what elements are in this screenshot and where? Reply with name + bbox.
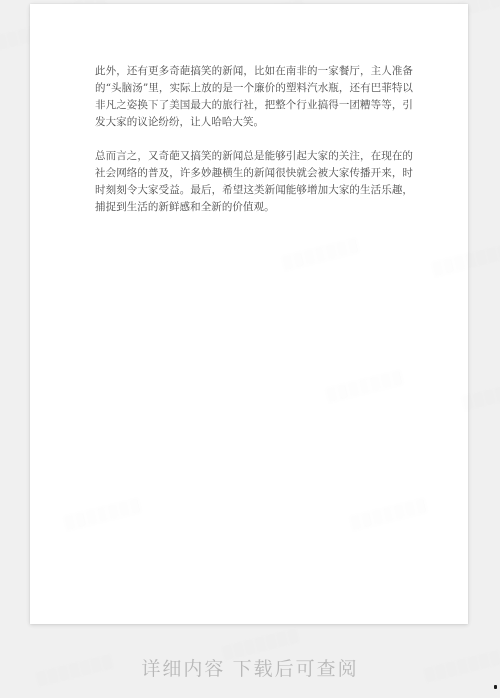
paragraph: 总而言之，又奇葩又搞笑的新闻总是能够引起大家的关注，在现在的社会网络的普及，许多… [95,148,413,216]
document-page[interactable]: 此外，还有更多奇葩搞笑的新闻，比如在南非的一家餐厅，主人准备的“头脑汤”里，实际… [30,4,468,624]
paragraph: 此外，还有更多奇葩搞笑的新闻，比如在南非的一家餐厅，主人准备的“头脑汤”里，实际… [95,63,413,131]
download-hint-text: 详细内容 下载后可查阅 [0,654,500,681]
document-preview-viewport[interactable]: ▒▒▒▒▒▒▒ ▒▒▒▒▒▒▒ ▒▒▒▒▒▒▒ ▒▒▒▒▒▒▒ 此外，还有更多奇… [0,0,500,698]
corner-dot-marker [494,685,497,689]
document-body: 此外，还有更多奇葩搞笑的新闻，比如在南非的一家餐厅，主人准备的“头脑汤”里，实际… [95,63,413,233]
